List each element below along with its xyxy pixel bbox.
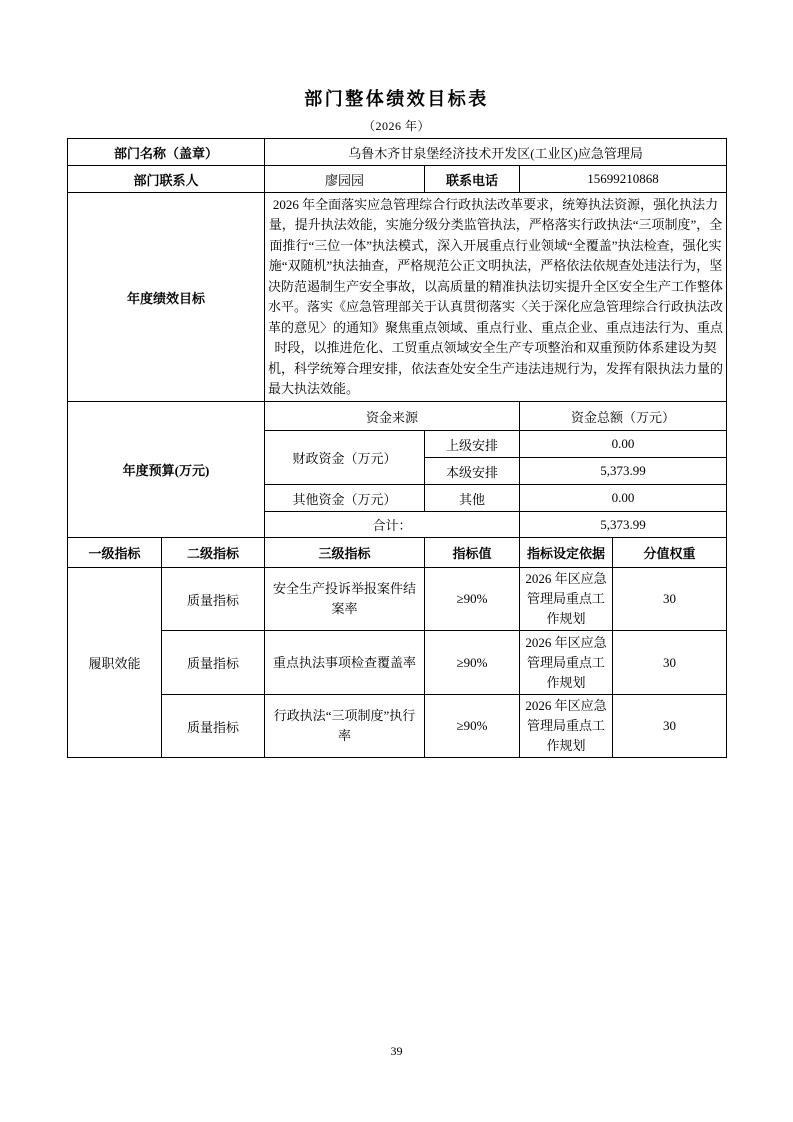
budget-other-label: 其他资金（万元）	[265, 485, 425, 512]
indicator-basis-cell: 2026 年区应急管理局重点工作规划	[520, 631, 613, 695]
budget-fiscal-label: 财政资金（万元）	[265, 431, 425, 485]
indicator-level2-cell: 质量指标	[162, 695, 265, 758]
contact-label: 部门联系人	[68, 166, 265, 193]
budget-other-sub-label: 其他	[425, 485, 520, 512]
budget-total-header: 资金总额（万元）	[520, 402, 727, 431]
indicator-row: 履职效能 质量指标 安全生产投诉举报案件结案率 ≥90% 2026 年区应急管理…	[68, 568, 727, 631]
document-page: 部门整体绩效目标表 （2026 年） 部门名称（盖章） 乌鲁木齐甘泉堡经济技术开…	[0, 0, 793, 1122]
indicator-header-row: 一级指标 二级指标 三级指标 指标值 指标设定依据 分值权重	[68, 538, 727, 568]
contact-value: 廖园园	[265, 166, 425, 193]
indicator-level2-cell: 质量指标	[162, 631, 265, 695]
budget-label: 年度预算(万元)	[68, 402, 265, 538]
table-row: 部门名称（盖章） 乌鲁木齐甘泉堡经济技术开发区(工业区)应急管理局	[68, 139, 727, 166]
indicator-header-level3: 三级指标	[265, 538, 425, 568]
table-row: 部门联系人 廖园园 联系电话 15699210868	[68, 166, 727, 193]
indicator-header-value: 指标值	[425, 538, 520, 568]
indicator-basis-cell: 2026 年区应急管理局重点工作规划	[520, 568, 613, 631]
indicator-value-cell: ≥90%	[425, 568, 520, 631]
indicator-level3-cell: 重点执法事项检查覆盖率	[265, 631, 425, 695]
indicator-header-level2: 二级指标	[162, 538, 265, 568]
indicator-weight-cell: 30	[613, 568, 727, 631]
indicator-value-cell: ≥90%	[425, 631, 520, 695]
budget-upper-value: 0.00	[520, 431, 727, 458]
budget-upper-label: 上级安排	[425, 431, 520, 458]
dept-name-label: 部门名称（盖章）	[68, 139, 265, 166]
budget-source-header: 资金来源	[265, 402, 520, 431]
indicator-header-weight: 分值权重	[613, 538, 727, 568]
annual-goal-text: 2026 年全面落实应急管理综合行政执法改革要求，统筹执法资源，强化执法力量，提…	[265, 193, 727, 402]
indicator-weight-cell: 30	[613, 631, 727, 695]
doc-subtitle: （2026 年）	[0, 117, 793, 134]
indicator-header-basis: 指标设定依据	[520, 538, 613, 568]
indicator-level1-cell: 履职效能	[68, 568, 162, 758]
phone-label: 联系电话	[425, 166, 520, 193]
table-row: 年度绩效目标 2026 年全面落实应急管理综合行政执法改革要求，统筹执法资源，强…	[68, 193, 727, 402]
indicator-header-level1: 一级指标	[68, 538, 162, 568]
indicator-value-cell: ≥90%	[425, 695, 520, 758]
indicator-level3-cell: 安全生产投诉举报案件结案率	[265, 568, 425, 631]
indicator-row: 质量指标 重点执法事项检查覆盖率 ≥90% 2026 年区应急管理局重点工作规划…	[68, 631, 727, 695]
indicator-basis-cell: 2026 年区应急管理局重点工作规划	[520, 695, 613, 758]
annual-goal-label: 年度绩效目标	[68, 193, 265, 402]
performance-target-table: 部门名称（盖章） 乌鲁木齐甘泉堡经济技术开发区(工业区)应急管理局 部门联系人 …	[67, 138, 727, 758]
phone-value: 15699210868	[520, 166, 727, 193]
indicator-row: 质量指标 行政执法“三项制度”执行率 ≥90% 2026 年区应急管理局重点工作…	[68, 695, 727, 758]
indicator-level3-cell: 行政执法“三项制度”执行率	[265, 695, 425, 758]
indicator-level2-cell: 质量指标	[162, 568, 265, 631]
budget-total-label: 合计：	[265, 512, 520, 538]
indicator-weight-cell: 30	[613, 695, 727, 758]
budget-other-value: 0.00	[520, 485, 727, 512]
budget-local-value: 5,373.99	[520, 458, 727, 485]
doc-title: 部门整体绩效目标表	[0, 85, 793, 111]
dept-name-value: 乌鲁木齐甘泉堡经济技术开发区(工业区)应急管理局	[265, 139, 727, 166]
budget-local-label: 本级安排	[425, 458, 520, 485]
table-row: 年度预算(万元) 资金来源 资金总额（万元）	[68, 402, 727, 431]
page-number: 39	[0, 1044, 793, 1059]
budget-total-value: 5,373.99	[520, 512, 727, 538]
